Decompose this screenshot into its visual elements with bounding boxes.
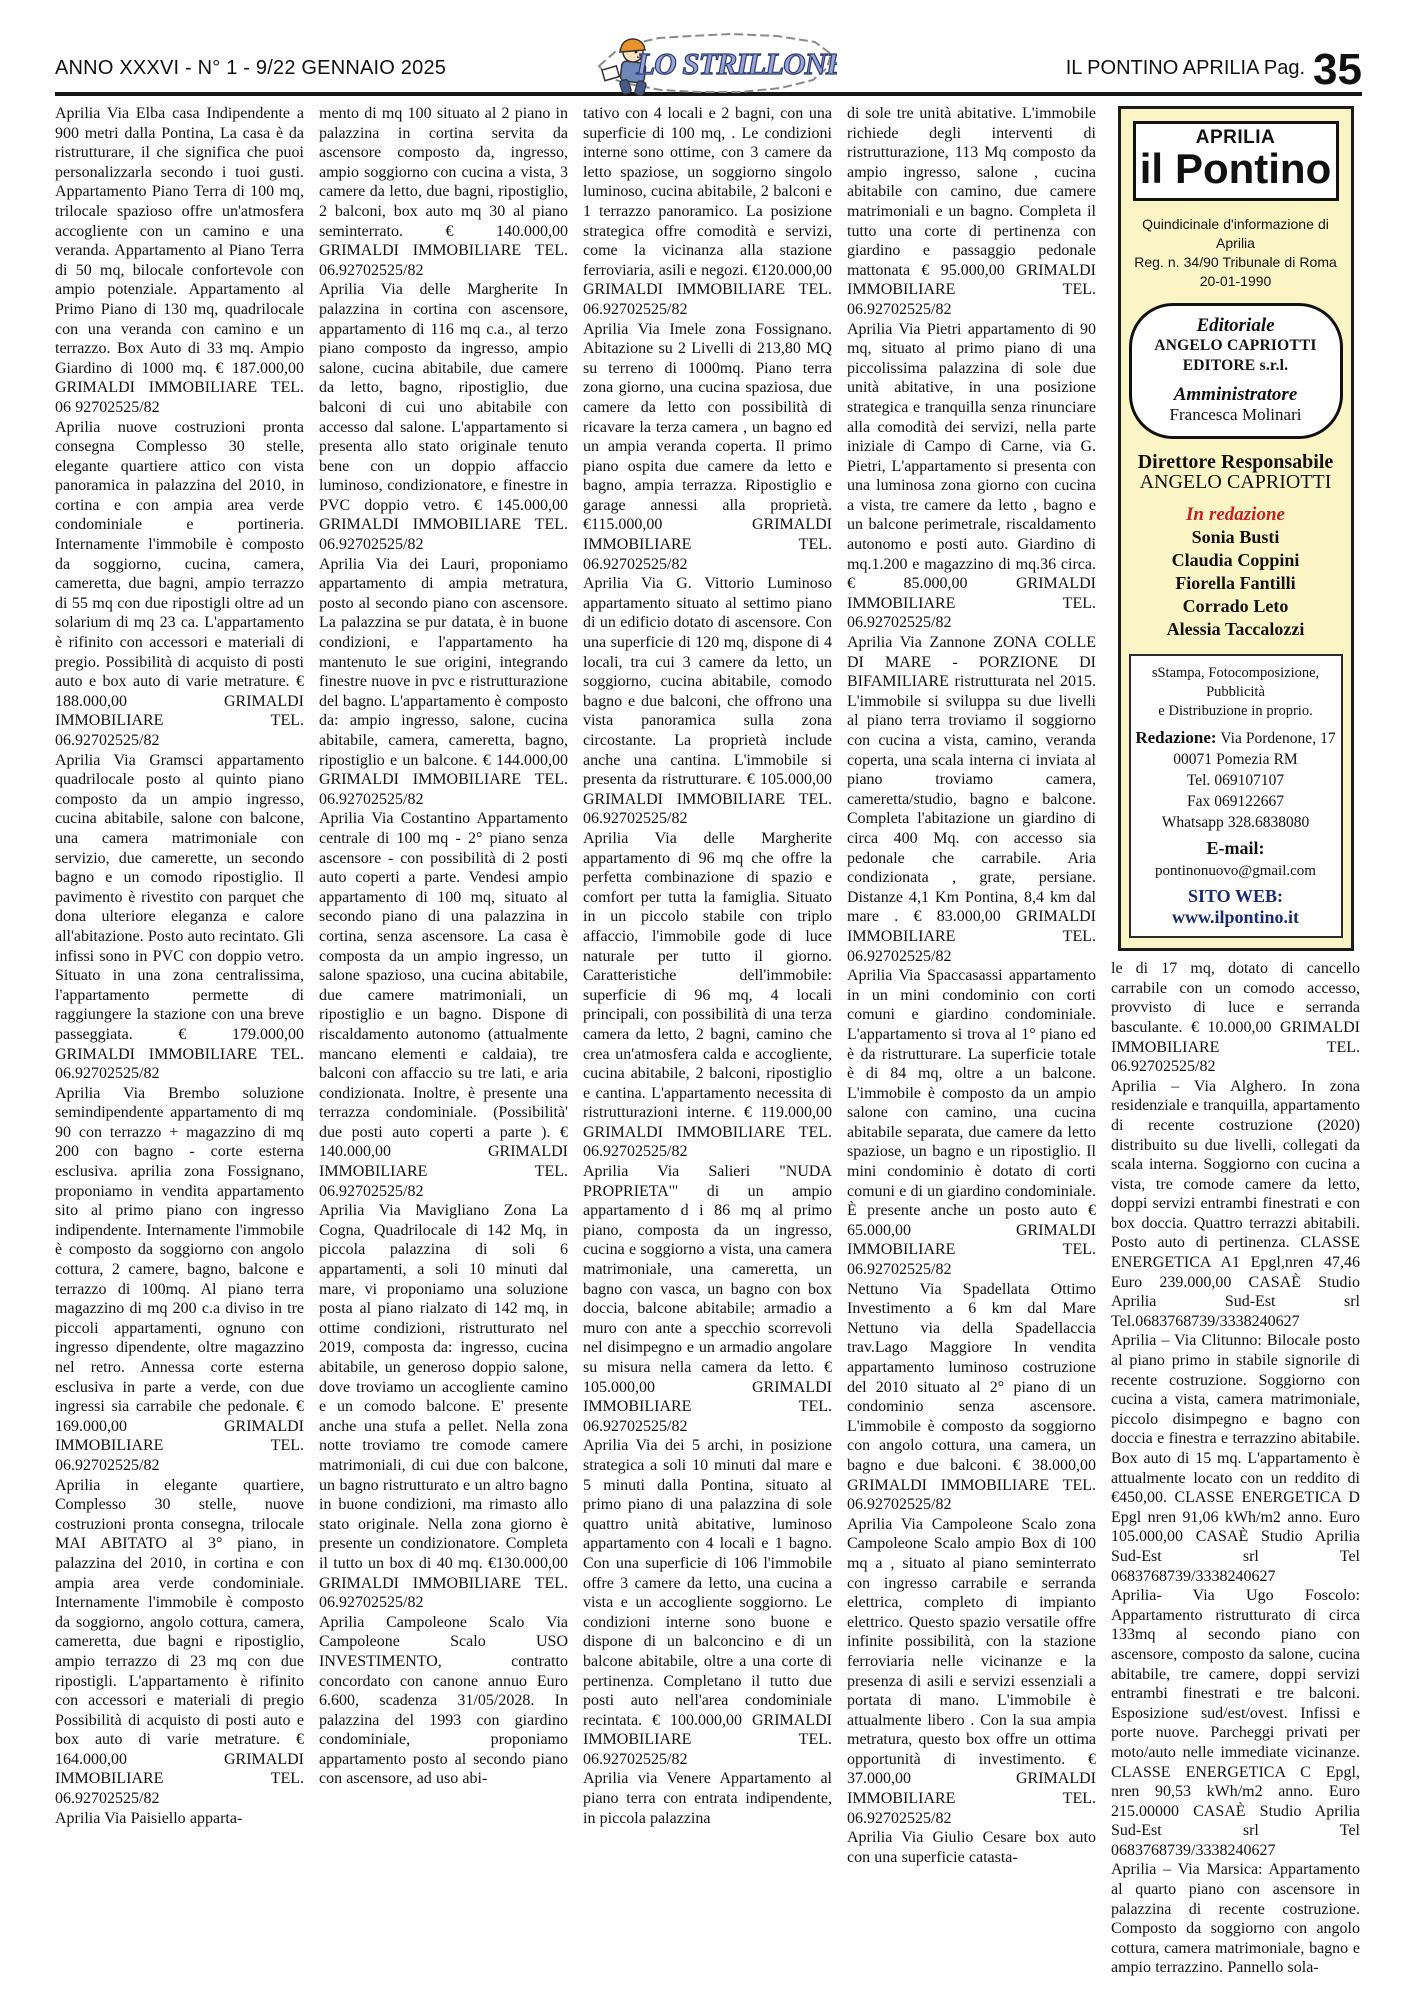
services-note: sStampa, Fotocomposizione, Pubblicità e …	[1133, 664, 1339, 721]
logo-wordmark: LO STRILLONE	[635, 46, 837, 81]
classified-ad: Aprilia Via Imele zona Fossignano. Abita…	[583, 320, 832, 575]
classified-ad: Aprilia Via delle Margherite appartament…	[583, 829, 832, 1162]
classified-ad: Aprilia via Venere Appartamento al piano…	[583, 1769, 832, 1828]
masthead-right-label: IL PONTINO APRILIA Pag.	[1066, 57, 1305, 88]
redaction-city: 00071 Pomezia RM	[1133, 749, 1339, 770]
classified-ad: tativo con 4 locali e 2 bagni, con una s…	[583, 104, 832, 320]
lo-strillone-logo: LO STRILLONE	[581, 22, 837, 102]
website-label: SITO WEB:	[1188, 886, 1283, 906]
classified-ad: Nettuno Via Spadellata Ottimo Investimen…	[847, 1280, 1096, 1515]
lo-strillone-logo-art: LO STRILLONE	[581, 22, 837, 102]
classified-ad: mento di mq 100 situato al 2 piano in pa…	[319, 104, 568, 280]
column-5: APRILIA il Pontino Quindicinale d'inform…	[1111, 104, 1360, 1992]
classified-ad: Aprilia Via Brembo soluzione semindipend…	[55, 1084, 304, 1476]
classified-ad: Aprilia Via Campoleone Scalo zona Campol…	[847, 1515, 1096, 1829]
email-label: E-mail:	[1207, 838, 1265, 858]
classified-ad: Aprilia Via Zannone ZONA COLLE DI MARE -…	[847, 633, 1096, 966]
subtitle-line: Quindicinale d'informazione di Aprilia	[1129, 215, 1343, 253]
redazione-member: Claudia Coppini	[1129, 549, 1343, 572]
classifieds-area: Aprilia Via Elba casa Indipendente a 900…	[55, 104, 1362, 1992]
classified-ad: Aprilia Via dei Lauri, proponiamo appart…	[319, 555, 568, 810]
classified-ad: Aprilia Via dei 5 archi, in posizione st…	[583, 1436, 832, 1769]
email-line: E-mail: pontinonuovo@gmail.com	[1133, 838, 1339, 882]
column-2: mento di mq 100 situato al 2 piano in pa…	[319, 104, 568, 1992]
masthead: ANNO XXXVI - N° 1 - 9/22 GENNAIO 2025 LO…	[55, 36, 1362, 96]
redazione-member: Sonia Busti	[1129, 526, 1343, 549]
masthead-right: IL PONTINO APRILIA Pag. 35	[1066, 51, 1362, 92]
fax-number: Fax 069122667	[1133, 791, 1339, 812]
classified-ad: di sole tre unità abitative. L'immobile …	[847, 104, 1096, 320]
subtitle-line: Reg. n. 34/90 Tribunale di Roma	[1129, 253, 1343, 272]
admin-name: Francesca Molinari	[1136, 405, 1336, 425]
classified-ad: Aprilia Via Pietri appartamento di 90 mq…	[847, 320, 1096, 634]
redazione-member: Alessia Taccalozzi	[1129, 618, 1343, 641]
editorial-name: ANGELO CAPRIOTTI EDITORE s.r.l.	[1136, 336, 1336, 375]
redazione-member: Corrado Leto	[1129, 595, 1343, 618]
classified-ad: Aprilia Via G. Vittorio Luminoso apparta…	[583, 574, 832, 829]
classified-ad: Aprilia – Via Alghero. In zona residenzi…	[1111, 1077, 1360, 1332]
newspaper-page: { "header": { "left": "ANNO XXXVI - N° 1…	[0, 0, 1420, 2000]
redaction-street: Via Pordenone, 17	[1217, 730, 1336, 747]
classified-ad: le di 17 mq, dotato di cancello carrabil…	[1111, 959, 1360, 1077]
email-address: pontinonuovo@gmail.com	[1155, 863, 1316, 879]
phone-number: Tel. 069107107	[1133, 770, 1339, 791]
redazione-label: In redazione	[1129, 505, 1343, 525]
classified-ad: Aprilia Via Spaccasassi appartamento in …	[847, 966, 1096, 1280]
classified-ad: Aprilia – Via Clitunno: Bilocale posto a…	[1111, 1331, 1360, 1586]
admin-label: Amministratore	[1136, 385, 1336, 405]
classified-ad: Aprilia Via delle Margherite In palazzin…	[319, 280, 568, 554]
classified-ad: Aprilia Via Salieri "NUDA PROPRIETA'" di…	[583, 1162, 832, 1436]
redaction-label: Redazione:	[1135, 728, 1216, 747]
website-line: SITO WEB: www.ilpontino.it	[1133, 886, 1339, 928]
pontino-subtitle: Quindicinale d'informazione di Aprilia R…	[1129, 215, 1343, 291]
pontino-info-box: APRILIA il Pontino Quindicinale d'inform…	[1118, 106, 1354, 951]
editorial-oval: Editoriale ANGELO CAPRIOTTI EDITORE s.r.…	[1129, 303, 1343, 439]
classified-ad: Aprilia Via Gramsci appartamento quadril…	[55, 751, 304, 1084]
classified-ad: Aprilia in elegante quartiere, Complesso…	[55, 1476, 304, 1809]
director-name: ANGELO CAPRIOTTI	[1129, 473, 1343, 493]
services-line: sStampa, Fotocomposizione, Pubblicità	[1133, 664, 1339, 702]
column-5-ads: le di 17 mq, dotato di cancello carrabil…	[1111, 959, 1360, 1978]
column-3: tativo con 4 locali e 2 bagni, con una s…	[583, 104, 832, 1992]
editorial-label: Editoriale	[1136, 316, 1336, 336]
website-url: www.ilpontino.it	[1172, 907, 1299, 927]
redazione-member: Fiorella Fantilli	[1129, 572, 1343, 595]
column-1: Aprilia Via Elba casa Indipendente a 900…	[55, 104, 304, 1992]
services-line: e Distribuzione in proprio.	[1133, 702, 1339, 721]
classified-ad: Aprilia Via Elba casa Indipendente a 900…	[55, 104, 304, 418]
classified-ad: Aprilia Via Costantino Appartamento cent…	[319, 809, 568, 1201]
whatsapp-number: Whatsapp 328.6838080	[1133, 812, 1339, 833]
classified-ad: Aprilia- Via Ugo Foscolo: Appartamento r…	[1111, 1586, 1360, 1860]
pontino-title: il Pontino	[1138, 148, 1334, 191]
edition-info: ANNO XXXVI - N° 1 - 9/22 GENNAIO 2025	[55, 57, 446, 92]
pontino-masthead-box: APRILIA il Pontino	[1133, 121, 1339, 201]
classified-ad: Aprilia Via Paisiello apparta-	[55, 1809, 304, 1829]
page-number: 35	[1313, 51, 1362, 88]
column-4: di sole tre unità abitative. L'immobile …	[847, 104, 1096, 1992]
classified-ad: Aprilia Via Giulio Cesare box auto con u…	[847, 1828, 1096, 1867]
redaction-address: Redazione: Via Pordenone, 17	[1133, 727, 1339, 749]
classified-ad: Aprilia nuove costruzioni pronta consegn…	[55, 418, 304, 751]
subtitle-line: 20-01-1990	[1129, 272, 1343, 291]
classified-ad: Aprilia – Via Marsica: Appartamento al q…	[1111, 1860, 1360, 1978]
classified-ad: Aprilia Via Mavigliano Zona La Cogna, Qu…	[319, 1201, 568, 1612]
classified-ad: Aprilia Campoleone Scalo Via Campoleone …	[319, 1613, 568, 1789]
redazione-names: Sonia BustiClaudia CoppiniFiorella Fanti…	[1129, 526, 1343, 641]
contact-box: sStampa, Fotocomposizione, Pubblicità e …	[1129, 654, 1343, 938]
